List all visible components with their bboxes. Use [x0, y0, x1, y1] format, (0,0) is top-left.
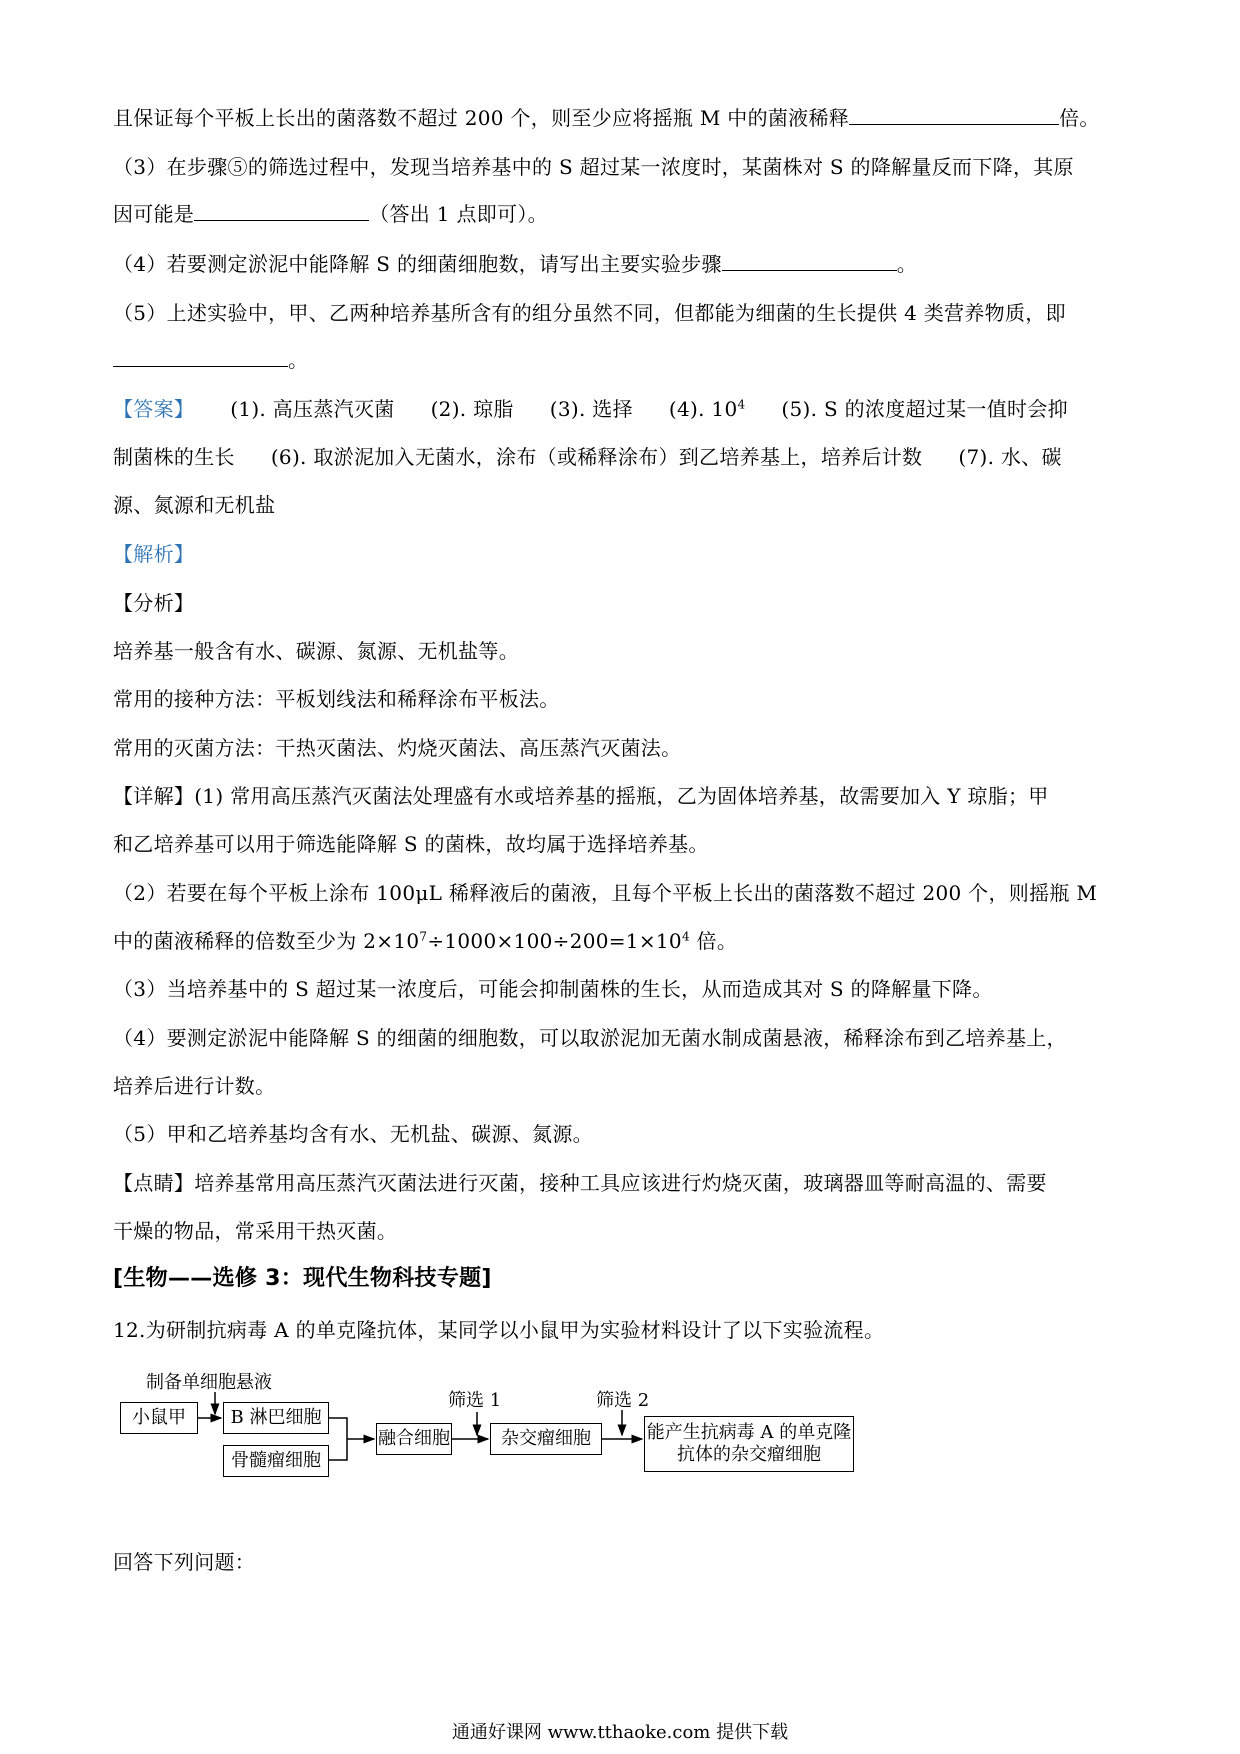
answer-item: (6). 取淤泥加入无菌水，涂布（或稀释涂布）到乙培养基上，培养后计数	[271, 445, 923, 469]
detail-text: 中的菌液稀释的倍数至少为 2×10	[113, 929, 419, 953]
section-heading: [生物——选修 3：现代生物科技专题]	[113, 1265, 1133, 1293]
answer-prompt: 回答下列问题：	[113, 1548, 1133, 1576]
answer-item: (2). 琼脂	[431, 397, 514, 421]
answer-item: (7). 水、碳	[958, 445, 1061, 469]
answer-blank	[849, 104, 1059, 125]
answer-blank	[194, 200, 369, 221]
detail-line: （3）当培养基中的 S 超过某一浓度后，可能会抑制菌株的生长，从而造成其对 S …	[113, 975, 1133, 1003]
exponent: 4	[682, 929, 690, 943]
comment-line: 干燥的物品，常采用干热灭菌。	[113, 1217, 1133, 1245]
question-5-line: （5）上述实验中，甲、乙两种培养基所含有的组分虽然不同，但都能为细菌的生长提供 …	[113, 299, 1133, 327]
final-hybridoma-box: 能产生抗病毒 A 的单克隆 抗体的杂交瘤细胞	[644, 1416, 854, 1472]
answer-line: 源、氮源和无机盐	[113, 491, 1133, 519]
answer-blank	[722, 250, 897, 271]
question-12: 12.为研制抗病毒 A 的单克隆抗体，某同学以小鼠甲为实验材料设计了以下实验流程…	[113, 1316, 1133, 1344]
detail-line: （2）若要在每个平板上涂布 100μL 稀释液后的菌液，且每个平板上长出的菌落数…	[113, 879, 1133, 907]
answer-line: 【答案】(1). 高压蒸汽灭菌(2). 琼脂(3). 选择(4). 104(5)…	[113, 395, 1133, 423]
answer-line: 制菌株的生长(6). 取淤泥加入无菌水，涂布（或稀释涂布）到乙培养基上，培养后计…	[113, 443, 1133, 471]
detail-text: ÷1000×100÷200=1×10	[427, 929, 682, 953]
flow-diagram: 制备单细胞悬液 小鼠甲 B 淋巴细胞 骨髓瘤细胞 融合细胞 筛选 1 杂交瘤细胞…	[120, 1380, 880, 1510]
question-text: （答出 1 点即可）。	[369, 202, 548, 226]
b-cell-box: B 淋巴细胞	[223, 1402, 329, 1434]
question-text: 。	[897, 252, 917, 276]
comment-line: 【点睛】培养基常用高压蒸汽灭菌法进行灭菌，接种工具应该进行灼烧灭菌，玻璃器皿等耐…	[113, 1169, 1133, 1197]
hybridoma-box: 杂交瘤细胞	[490, 1423, 602, 1455]
question-text: 倍。	[1059, 106, 1100, 130]
final-box-text: 抗体的杂交瘤细胞	[677, 1444, 821, 1466]
detail-label: 【详解】	[113, 784, 194, 808]
screen-1-label: 筛选 1	[448, 1386, 501, 1412]
screen-2-label: 筛选 2	[596, 1386, 649, 1412]
analysis-sub-label: 【分析】	[113, 589, 1133, 617]
analysis-label: 【解析】	[113, 540, 1133, 568]
detail-line: 培养后进行计数。	[113, 1072, 1133, 1100]
analysis-line: 常用的灭菌方法：干热灭菌法、灼烧灭菌法、高压蒸汽灭菌法。	[113, 734, 1133, 762]
question-text: （3）在步骤⑤的筛选过程中，发现当培养基中的 S 超过某一浓度时，某菌株对 S …	[113, 155, 1074, 179]
document-page: 且保证每个平板上长出的菌落数不超过 200 个，则至少应将摇瓶 M 中的菌液稀释…	[0, 0, 1240, 1754]
footer-text: 通通好课网 www.tthaoke.com 提供下载	[0, 1718, 1240, 1744]
mouse-box: 小鼠甲	[120, 1402, 198, 1434]
question-line: 且保证每个平板上长出的菌落数不超过 200 个，则至少应将摇瓶 M 中的菌液稀释…	[113, 104, 1133, 132]
question-text: （5）上述实验中，甲、乙两种培养基所含有的组分虽然不同，但都能为细菌的生长提供 …	[113, 301, 1066, 325]
answer-item: (4). 10	[669, 397, 738, 421]
question-3-line: 因可能是（答出 1 点即可）。	[113, 200, 1133, 228]
question-text: 。	[288, 348, 308, 372]
detail-line: 中的菌液稀释的倍数至少为 2×107÷1000×100÷200=1×104 倍。	[113, 927, 1133, 955]
comment-text: 培养基常用高压蒸汽灭菌法进行灭菌，接种工具应该进行灼烧灭菌，玻璃器皿等耐高温的、…	[194, 1171, 1047, 1195]
answer-item: (1). 高压蒸汽灭菌	[230, 397, 394, 421]
detail-line: （4）要测定淤泥中能降解 S 的细菌的细胞数，可以取淤泥加无菌水制成菌悬液，稀释…	[113, 1024, 1133, 1052]
detail-text: (1) 常用高压蒸汽灭菌法处理盛有水或培养基的摇瓶，乙为固体培养基，故需要加入 …	[194, 784, 1048, 808]
analysis-line: 培养基一般含有水、碳源、氮源、无机盐等。	[113, 637, 1133, 665]
answer-item: 制菌株的生长	[113, 445, 235, 469]
myeloma-box: 骨髓瘤细胞	[223, 1445, 329, 1477]
answer-item: 源、氮源和无机盐	[113, 493, 275, 517]
answer-blank	[113, 346, 288, 367]
exponent: 4	[737, 397, 745, 411]
question-5-line: 。	[113, 346, 1133, 374]
detail-line: 和乙培养基可以用于筛选能降解 S 的菌株，故均属于选择培养基。	[113, 830, 1133, 858]
question-3-line: （3）在步骤⑤的筛选过程中，发现当培养基中的 S 超过某一浓度时，某菌株对 S …	[113, 153, 1133, 181]
analysis-line: 常用的接种方法：平板划线法和稀释涂布平板法。	[113, 685, 1133, 713]
answer-label: 【答案】	[113, 397, 194, 421]
question-text: 因可能是	[113, 202, 194, 226]
fused-cell-box: 融合细胞	[376, 1423, 452, 1455]
detail-text: 倍。	[690, 929, 737, 953]
detail-line: （5）甲和乙培养基均含有水、无机盐、碳源、氮源。	[113, 1120, 1133, 1148]
final-box-text: 能产生抗病毒 A 的单克隆	[647, 1422, 851, 1444]
comment-label: 【点睛】	[113, 1171, 194, 1195]
detail-line: 【详解】(1) 常用高压蒸汽灭菌法处理盛有水或培养基的摇瓶，乙为固体培养基，故需…	[113, 782, 1133, 810]
answer-item: (5). S 的浓度超过某一值时会抑	[781, 397, 1068, 421]
question-text: 且保证每个平板上长出的菌落数不超过 200 个，则至少应将摇瓶 M 中的菌液稀释	[113, 106, 849, 130]
question-4-line: （4）若要测定淤泥中能降解 S 的细菌细胞数，请写出主要实验步骤。	[113, 250, 1133, 278]
prep-label: 制备单细胞悬液	[146, 1368, 272, 1394]
answer-item: (3). 选择	[550, 397, 633, 421]
question-text: （4）若要测定淤泥中能降解 S 的细菌细胞数，请写出主要实验步骤	[113, 252, 722, 276]
